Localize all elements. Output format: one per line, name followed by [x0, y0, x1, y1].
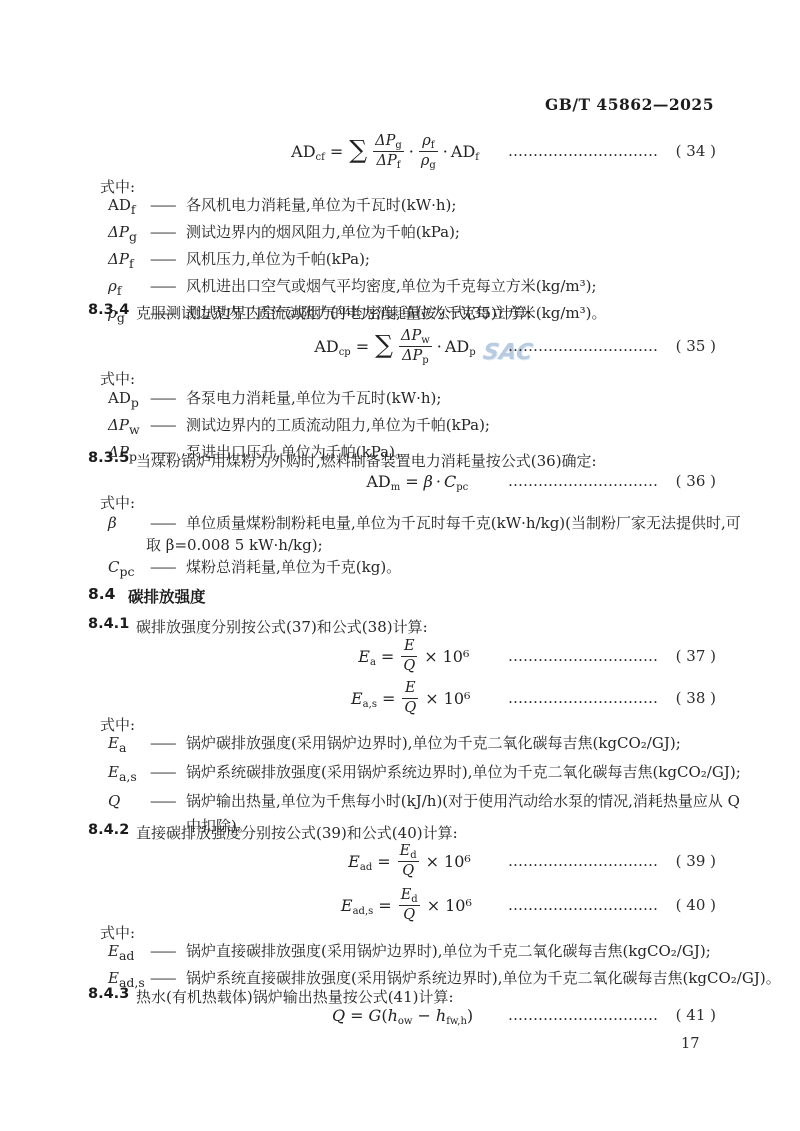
dot-leader: …………………………………………………… — [508, 896, 658, 914]
equals-sign: = — [350, 1006, 363, 1025]
equals-sign: = — [382, 689, 395, 708]
var-base: ΔP — [401, 328, 421, 344]
equation-number-36: ( 36 ) — [658, 472, 716, 490]
formula-34: ADcf = ∑ ΔPg ΔPf · ρf ρg · ADf — [291, 133, 479, 169]
var-base: h — [388, 1006, 398, 1025]
formula-37: Ea = E Q × 10⁶ — [358, 638, 469, 674]
equals-sign: = — [377, 852, 390, 871]
fraction-pressure: ΔPw ΔPp — [399, 328, 432, 364]
formula-row-40: Ead,s = Ed Q × 10⁶ …………………………………………………… … — [88, 883, 716, 927]
subscript: f — [475, 152, 479, 163]
var-base: E — [348, 852, 360, 871]
subscript: a,s — [363, 699, 377, 710]
symbol: Q — [108, 789, 150, 814]
symbol: ADf — [108, 194, 150, 221]
var-base: AD — [108, 196, 131, 214]
var-base: ΔP — [402, 348, 422, 364]
var-base: E — [108, 942, 119, 960]
page-number: 17 — [681, 1036, 699, 1052]
formula-row-38: Ea,s = E Q × 10⁶ …………………………………………………… ( … — [88, 676, 716, 720]
times-operator: × — [427, 896, 440, 915]
dot-leader: …………………………………………………… — [508, 472, 658, 490]
description: 锅炉直接碳排放强度(采用锅炉边界时),单位为千克二氧化碳每吉焦(kgCO₂/GJ… — [186, 940, 711, 963]
formula-39: Ead = Ed Q × 10⁶ — [348, 843, 471, 879]
power-of-ten: 10⁶ — [444, 852, 471, 871]
symbol: ADp — [108, 387, 150, 414]
symbol: Ea — [108, 731, 150, 760]
symbol: Ea,s — [108, 760, 150, 789]
description-line-1: 单位质量煤粉制粉耗电量,单位为千瓦时每千克(kW·h/kg)(当制粉厂家无法提供… — [186, 512, 741, 534]
fraction-eq: E Q — [402, 680, 418, 716]
dash: —— — [150, 513, 186, 535]
subscript: f — [397, 160, 401, 171]
subscript: ad — [360, 862, 372, 873]
times-operator: × — [425, 689, 438, 708]
var-h-ow: how — [388, 1006, 413, 1025]
subscript: w — [421, 335, 430, 346]
description: 煤粉总消耗量,单位为千克(kg)。 — [186, 556, 401, 578]
cdot-operator: · — [409, 142, 414, 161]
definition-item: ΔPg —— 测试边界内的烟风阻力,单位为千帕(kPa); — [108, 221, 716, 248]
subscript: d — [410, 850, 416, 861]
definition-item: ΔPf —— 风机压力,单位为千帕(kPa); — [108, 248, 716, 275]
var-base: Q — [403, 907, 415, 923]
var-base: ΔP — [376, 153, 396, 169]
var-base: E — [401, 887, 412, 903]
subscript: d — [411, 894, 417, 905]
summation-icon: ∑ — [375, 332, 393, 357]
equals-sign: = — [405, 472, 418, 491]
var-base: E — [358, 647, 370, 666]
subscript: p — [469, 347, 475, 358]
var-rhs: ADp — [445, 337, 476, 356]
var-base: Q — [404, 700, 416, 716]
summation-icon: ∑ — [349, 137, 367, 162]
symbol: ρf — [108, 275, 150, 302]
description: 各风机电力消耗量,单位为千瓦时(kW·h); — [186, 194, 456, 216]
formula-35: ADcp = ∑ ΔPw ΔPp · ADp — [314, 328, 475, 364]
section-title: 碳排放强度 — [128, 585, 206, 607]
right-paren: ) — [467, 1006, 473, 1025]
formula-41: Q = G ( how − hfw,h ) — [332, 1006, 473, 1025]
var-base: E — [108, 969, 119, 987]
description-line-2: 取 β=0.008 5 kW·h/kg); — [146, 534, 741, 556]
dash: —— — [150, 249, 186, 271]
var-lhs: ADcf — [291, 142, 325, 161]
var-q: Q — [332, 1006, 345, 1025]
equation-number-41: ( 41 ) — [658, 1006, 716, 1024]
definition-item: Cpc —— 煤粉总消耗量,单位为千克(kg)。 — [108, 556, 716, 583]
subscript: cp — [339, 347, 351, 358]
where-label-3: 式中: — [100, 492, 135, 513]
symbol: ΔPf — [108, 248, 150, 275]
fraction-eq: Ed Q — [399, 887, 420, 923]
subscript: m — [391, 482, 400, 493]
var-base: E — [351, 689, 363, 708]
times-operator: × — [426, 852, 439, 871]
formula-40: Ead,s = Ed Q × 10⁶ — [341, 887, 472, 923]
dash: —— — [150, 790, 186, 815]
var-base: E — [400, 843, 411, 859]
description: 锅炉碳排放强度(采用锅炉边界时),单位为千克二氧化碳每吉焦(kgCO₂/GJ); — [186, 731, 681, 756]
subscript: ad,s — [353, 906, 374, 917]
var-base: AD — [314, 337, 338, 356]
var-base: C — [444, 472, 456, 491]
dot-leader: …………………………………………………… — [508, 142, 658, 160]
description-line-1: 锅炉输出热量,单位为千焦每小时(kJ/h)(对于使用汽动给水泵的情况,消耗热量应… — [186, 789, 740, 814]
definition-item: ρf —— 风机进出口空气或烟气平均密度,单位为千克每立方米(kg/m³); — [108, 275, 716, 302]
document-page: SAC GB/T 45862—2025 ADcf = ∑ ΔPg ΔPf · ρ… — [0, 0, 800, 1131]
var-lhs: ADcp — [314, 337, 350, 356]
formula-row-37: Ea = E Q × 10⁶ …………………………………………………… ( 37… — [88, 634, 716, 678]
definition-item: Ea —— 锅炉碳排放强度(采用锅炉边界时),单位为千克二氧化碳每吉焦(kgCO… — [108, 731, 716, 760]
subscript: a — [370, 657, 376, 668]
var-base: ρ — [108, 277, 117, 295]
dash: —— — [150, 195, 186, 217]
dot-leader: …………………………………………………… — [508, 852, 658, 870]
equals-sign: = — [381, 647, 394, 666]
clause-8-3-4: 8.3.4 克服测试边界内工质流动阻力的电力消耗量按公式(35)计算: — [88, 302, 728, 323]
subscript: g — [129, 229, 137, 244]
definition-item: ADf —— 各风机电力消耗量,单位为千瓦时(kW·h); — [108, 194, 716, 221]
subscript: f — [131, 202, 136, 217]
equation-number-37: ( 37 ) — [658, 647, 716, 665]
fraction-bar — [399, 905, 420, 906]
dash: —— — [150, 388, 186, 410]
var-base: ΔP — [108, 416, 129, 434]
dash: —— — [150, 222, 186, 244]
subscript: fw,h — [446, 1016, 467, 1027]
dot-leader: …………………………………………………… — [508, 647, 658, 665]
equation-number-38: ( 38 ) — [658, 689, 716, 707]
description: 风机压力,单位为千帕(kPa); — [186, 248, 370, 270]
var-base: ΔP — [375, 133, 395, 149]
dash: —— — [150, 761, 186, 786]
times-operator: × — [424, 647, 437, 666]
subscript: pc — [456, 482, 468, 493]
var-base: E — [404, 638, 415, 654]
var-base: AD — [291, 142, 315, 161]
minus-operator: − — [417, 1006, 430, 1025]
fraction-eq: Ed Q — [398, 843, 419, 879]
var-cpc: Cpc — [444, 472, 468, 491]
var-base: C — [108, 558, 119, 576]
fraction-bar — [401, 656, 417, 657]
formula-row-36: ADm = β · Cpc …………………………………………………… ( 36 … — [88, 468, 716, 494]
power-of-ten: 10⁶ — [443, 647, 470, 666]
formula-row-41: Q = G ( how − hfw,h ) ………………………………………………… — [88, 1002, 716, 1028]
description: 测试边界内的工质流动阻力,单位为千帕(kPa); — [186, 414, 490, 436]
dash: —— — [150, 557, 186, 579]
var-lhs: Ead,s — [341, 896, 373, 915]
section-heading-8-4: 8.4 碳排放强度 — [88, 585, 206, 607]
fraction-bar — [373, 151, 404, 152]
dot-leader: …………………………………………………… — [508, 337, 658, 355]
fraction-eq: E Q — [401, 638, 417, 674]
definition-item: ADp —— 各泵电力消耗量,单位为千瓦时(kW·h); — [108, 387, 716, 414]
symbol: β — [108, 512, 150, 534]
formula-row-34: ADcf = ∑ ΔPg ΔPf · ρf ρg · ADf ………………………… — [88, 128, 716, 174]
var-lhs: ADm — [366, 472, 400, 491]
formula-36: ADm = β · Cpc — [366, 472, 468, 491]
var-lhs: Ead — [348, 852, 372, 871]
var-beta: β — [424, 472, 433, 491]
subscript: p — [422, 355, 428, 366]
equation-number-35: ( 35 ) — [658, 337, 716, 355]
formula-row-39: Ead = Ed Q × 10⁶ …………………………………………………… ( … — [88, 839, 716, 883]
dash: —— — [150, 276, 186, 298]
var-base: E — [108, 763, 119, 781]
fraction-pressure: ΔPg ΔPf — [373, 133, 404, 169]
cdot-operator: · — [443, 142, 448, 161]
var-base: Q — [108, 792, 120, 810]
dash: —— — [150, 415, 186, 437]
var-lhs: Ea,s — [351, 689, 377, 708]
description: 单位质量煤粉制粉耗电量,单位为千瓦时每千克(kW·h/kg)(当制粉厂家无法提供… — [186, 512, 741, 556]
var-base: ΔP — [108, 223, 129, 241]
fraction-bar — [398, 861, 419, 862]
clause-text: 克服测试边界内工质流动阻力的电力消耗量按公式(35)计算: — [136, 302, 532, 323]
fraction-bar — [402, 698, 418, 699]
subscript: p — [131, 395, 139, 410]
equals-sign: = — [378, 896, 391, 915]
description: 风机进出口空气或烟气平均密度,单位为千克每立方米(kg/m³); — [186, 275, 597, 297]
var-base: ΔP — [108, 250, 129, 268]
clause-number: 8.3.4 — [88, 302, 136, 323]
var-h-fwh: hfw,h — [436, 1006, 467, 1025]
equation-number-34: ( 34 ) — [658, 142, 716, 160]
dot-leader: …………………………………………………… — [508, 689, 658, 707]
standard-number: GB/T 45862—2025 — [88, 95, 714, 114]
symbol: Ead — [108, 940, 150, 967]
subscript: pc — [119, 564, 134, 579]
dash: —— — [150, 732, 186, 757]
definition-item: Ea,s —— 锅炉系统碳排放强度(采用锅炉系统边界时),单位为千克二氧化碳每吉… — [108, 760, 716, 789]
subscript: ow — [398, 1016, 413, 1027]
equation-number-39: ( 39 ) — [658, 852, 716, 870]
var-base: Q — [403, 658, 415, 674]
dot-leader: …………………………………………………… — [508, 1006, 658, 1024]
formula-row-35: ADcp = ∑ ΔPw ΔPp · ADp ……………………………………………… — [88, 324, 716, 368]
power-of-ten: 10⁶ — [445, 896, 472, 915]
subscript: f — [117, 283, 122, 298]
symbol: ΔPg — [108, 221, 150, 248]
var-base: E — [405, 680, 416, 696]
var-base: E — [341, 896, 353, 915]
subscript: f — [129, 256, 134, 271]
formula-38: Ea,s = E Q × 10⁶ — [351, 680, 470, 716]
subscript: a,s — [119, 769, 137, 784]
subscript: ad — [119, 948, 134, 963]
var-base: AD — [451, 142, 475, 161]
subscript: f — [431, 140, 435, 151]
description: 测试边界内的烟风阻力,单位为千帕(kPa); — [186, 221, 460, 243]
var-base: ρ — [422, 133, 431, 149]
section-number: 8.4 — [88, 585, 128, 607]
fraction-bar — [419, 151, 438, 152]
symbol: ΔPw — [108, 414, 150, 441]
var-base: β — [108, 514, 117, 532]
subscript: w — [129, 422, 140, 437]
symbol: Cpc — [108, 556, 150, 583]
equals-sign: = — [356, 337, 369, 356]
var-g: G — [369, 1006, 382, 1025]
description: 锅炉系统碳排放强度(采用锅炉系统边界时),单位为千克二氧化碳每吉焦(kgCO₂/… — [186, 760, 741, 785]
subscript: a — [119, 740, 126, 755]
definition-item: ΔPw —— 测试边界内的工质流动阻力,单位为千帕(kPa); — [108, 414, 716, 441]
var-rhs: ADf — [451, 142, 479, 161]
cdot-operator: · — [437, 337, 442, 356]
cdot-operator: · — [436, 472, 441, 491]
var-base: AD — [445, 337, 469, 356]
var-base: h — [436, 1006, 446, 1025]
where-label-2: 式中: — [100, 368, 135, 389]
subscript: g — [395, 140, 401, 151]
description: 各泵电力消耗量,单位为千瓦时(kW·h); — [186, 387, 441, 409]
var-base: AD — [366, 472, 390, 491]
var-base: E — [108, 734, 119, 752]
dash: —— — [150, 941, 186, 964]
var-base: Q — [402, 863, 414, 879]
subscript: cf — [316, 152, 325, 163]
fraction-bar — [399, 346, 432, 347]
subscript: g — [429, 160, 435, 171]
fraction-density: ρf ρg — [419, 133, 438, 169]
var-lhs: Ea — [358, 647, 376, 666]
var-base: AD — [108, 389, 131, 407]
definition-list-36: β —— 单位质量煤粉制粉耗电量,单位为千瓦时每千克(kW·h/kg)(当制粉厂… — [108, 512, 716, 583]
definition-item: β —— 单位质量煤粉制粉耗电量,单位为千瓦时每千克(kW·h/kg)(当制粉厂… — [108, 512, 716, 556]
equals-sign: = — [330, 142, 343, 161]
power-of-ten: 10⁶ — [444, 689, 471, 708]
definition-item: Ead —— 锅炉直接碳排放强度(采用锅炉边界时),单位为千克二氧化碳每吉焦(k… — [108, 940, 716, 967]
equation-number-40: ( 40 ) — [658, 896, 716, 914]
